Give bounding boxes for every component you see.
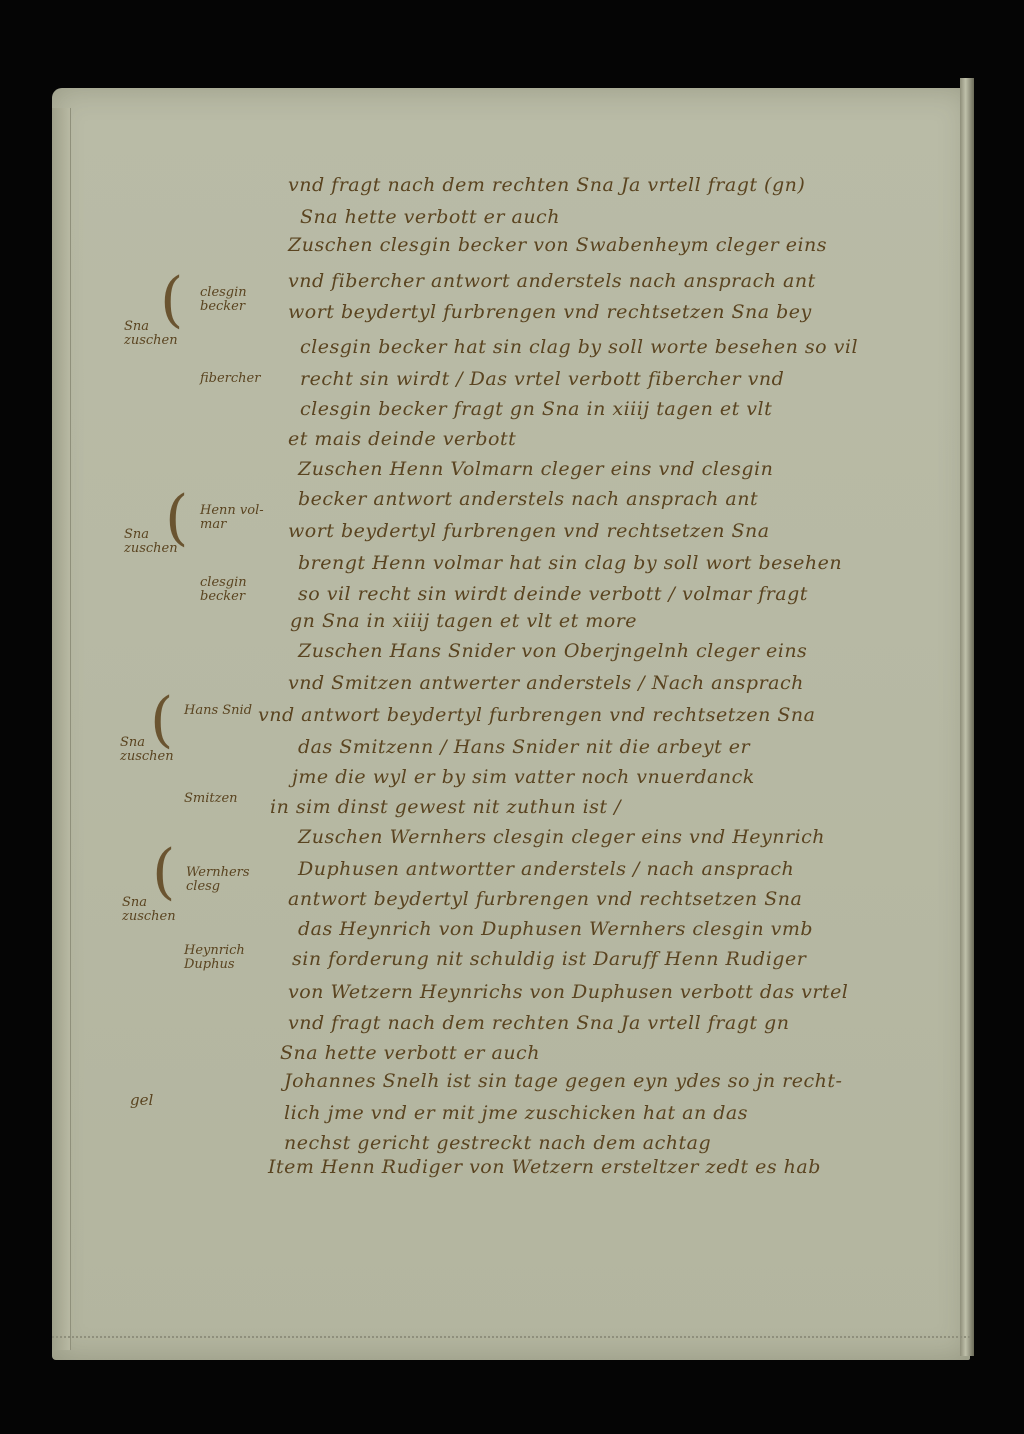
text-line: clesgin becker hat sin clag by soll wort… xyxy=(300,338,858,357)
text-line: Zuschen Wernhers clesgin cleger eins vnd… xyxy=(298,828,825,847)
text-line: sin forderung nit schuldig ist Daruff He… xyxy=(292,950,806,969)
page-bottom-edge xyxy=(52,1336,970,1352)
text-line: recht sin wirdt / Das vrtel verbott fibe… xyxy=(300,370,784,389)
margin-note: clesgin becker xyxy=(200,286,247,315)
text-line: Duphusen antwortter anderstels / nach an… xyxy=(298,860,794,879)
text-line: vnd antwort beydertyl furbrengen vnd rec… xyxy=(258,706,815,725)
text-line: gn Sna in xiiij tagen et vlt et more xyxy=(290,612,637,631)
text-line: vnd Smitzen antwerter anderstels / Nach … xyxy=(288,674,804,693)
text-line: Zuschen Henn Volmarn cleger eins vnd cle… xyxy=(298,460,773,479)
text-line: wort beydertyl furbrengen vnd rechtsetze… xyxy=(288,303,812,322)
text-line: Zuschen Hans Snider von Oberjngelnh cleg… xyxy=(298,642,807,661)
text-line: clesgin becker fragt gn Sna in xiiij tag… xyxy=(300,400,772,419)
text-line: vnd fragt nach dem rechten Sna Ja vrtell… xyxy=(288,176,805,195)
text-line: becker antwort anderstels nach ansprach … xyxy=(298,490,758,509)
margin-note: Smitzen xyxy=(184,792,238,806)
text-line: vnd fragt nach dem rechten Sna Ja vrtell… xyxy=(288,1014,789,1033)
margin-note: Heynrich Duphus xyxy=(184,944,245,973)
margin-note: Sna zuschen xyxy=(120,736,174,765)
text-line: Zuschen clesgin becker von Swabenheym cl… xyxy=(288,236,827,255)
text-line: Johannes Snelh ist sin tage gegen eyn yd… xyxy=(284,1072,842,1091)
text-line: das Heynrich von Duphusen Wernhers clesg… xyxy=(298,920,813,939)
text-line: wort beydertyl furbrengen vnd rechtsetze… xyxy=(288,522,770,541)
text-line: von Wetzern Heynrichs von Duphusen verbo… xyxy=(288,983,848,1002)
text-line: et mais deinde verbott xyxy=(288,430,516,449)
text-line: jme die wyl er by sim vatter noch vnuerd… xyxy=(292,768,755,787)
page-edge xyxy=(960,78,974,1356)
text-line: antwort beydertyl furbrengen vnd rechtse… xyxy=(288,890,802,909)
margin-brace: ( xyxy=(152,842,175,902)
margin-note: Sna zuschen xyxy=(122,896,176,925)
text-line: Sna hette verbott er auch xyxy=(300,208,560,227)
text-line: vnd fibercher antwort anderstels nach an… xyxy=(288,272,816,291)
margin-note: fibercher xyxy=(200,372,260,386)
margin-note: Sna zuschen xyxy=(124,528,178,557)
text-line: Item Henn Rudiger von Wetzern ersteltzer… xyxy=(268,1158,821,1177)
margin-note: Hans Snid xyxy=(184,704,252,718)
margin-note: Henn vol- mar xyxy=(200,504,264,533)
text-line: das Smitzenn / Hans Snider nit die arbey… xyxy=(298,738,750,757)
text-line: Sna hette verbott er auch xyxy=(280,1044,540,1063)
text-line: brengt Henn volmar hat sin clag by soll … xyxy=(298,554,842,573)
text-line: lich jme vnd er mit jme zuschicken hat a… xyxy=(284,1104,748,1123)
margin-note: gel xyxy=(130,1092,153,1109)
margin-note: Wernhers clesg xyxy=(186,866,250,895)
margin-note: Sna zuschen xyxy=(124,320,178,349)
text-line: in sim dinst gewest nit zuthun ist / xyxy=(270,798,621,817)
margin-note: clesgin becker xyxy=(200,576,247,605)
text-line: nechst gericht gestreckt nach dem achtag xyxy=(284,1134,711,1153)
text-line: so vil recht sin wirdt deinde verbott / … xyxy=(298,585,808,604)
